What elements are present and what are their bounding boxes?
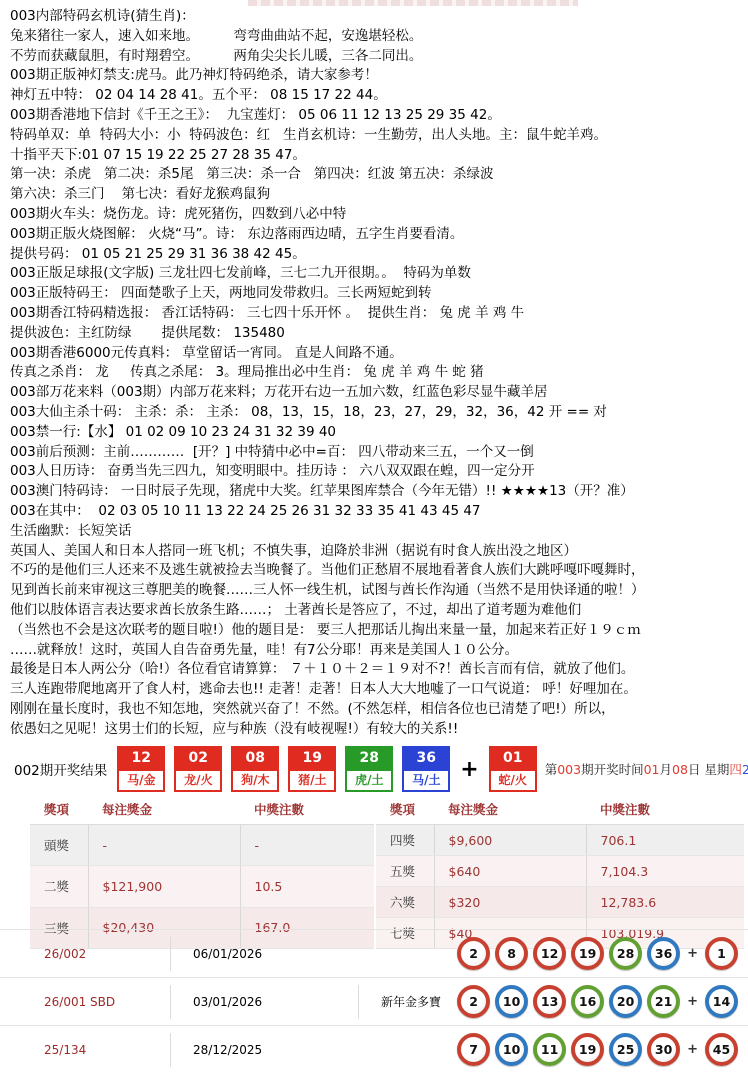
history-ball: 7	[457, 1033, 490, 1066]
prize-row: 二獎$121,90010.5	[30, 866, 374, 907]
history-ball: 36	[647, 937, 680, 970]
history-ball: 21	[647, 985, 680, 1018]
plus-sign: +	[687, 1042, 698, 1057]
plus-sign: +	[687, 946, 698, 961]
tips-line: 003正版足球报(文字版) 三龙壮四七发前峰，三七二九开很期。。 特码为单数	[10, 264, 746, 284]
prize-row: 四獎$9,600706.1	[376, 825, 744, 856]
history-row: 25/13428/12/202571011192530+45	[0, 1025, 748, 1073]
history-ball: 12	[533, 937, 566, 970]
result-ball: 02龙/火	[174, 746, 222, 792]
result-ball-zodiac: 狗/木	[233, 769, 277, 790]
next-draw-segment: 21:30	[742, 762, 748, 777]
result-ball-zodiac: 马/土	[404, 769, 448, 790]
tips-line: 003期香江特码精选报： 香江话特码： 三七四十乐开怀 。 提供生肖： 兔 虎 …	[10, 304, 746, 324]
next-draw-segment: 第	[545, 762, 558, 777]
history-ball: 1	[705, 937, 738, 970]
history-ball: 2	[457, 937, 490, 970]
next-draw-segment: 003	[557, 762, 581, 777]
result-ball: 12马/金	[117, 746, 165, 792]
next-draw-segment: 08	[672, 762, 688, 777]
tips-line: 003期香港6000元传真料： 草堂留话一宵同。 直是人间路不通。	[10, 344, 746, 364]
tips-line: 英国人、美国人和日本人搭同一班飞机；不慎失事，迫降於非洲（据说有时食人族出没之地…	[10, 542, 746, 562]
history-draw-id: 25/134	[0, 1043, 170, 1057]
history-ball: 19	[571, 937, 604, 970]
next-draw-segment: 期开奖时间	[581, 762, 644, 777]
history-ball: 14	[705, 985, 738, 1018]
next-draw-segment: 01	[644, 762, 660, 777]
result-ball-zodiac: 猪/土	[290, 769, 334, 790]
result-ball-zodiac: 龙/火	[176, 769, 220, 790]
prize-amount: $121,900	[88, 866, 240, 907]
result-ball: 01蛇/火	[489, 746, 537, 792]
plus-sign: +	[687, 994, 698, 1009]
history-draw-date: 28/12/2025	[170, 1033, 358, 1067]
prize-amount: -	[88, 825, 240, 866]
history-draw-id: 26/002	[0, 947, 170, 961]
tips-line: 神灯五中特： 02 04 14 28 41。五个平： 08 15 17 22 4…	[10, 86, 746, 106]
tips-line: 003正版特码王： 四面楚歌子上天，两地同发带救归。三长两短蛇到转	[10, 284, 746, 304]
history-draw-id: 26/001 SBD	[0, 995, 170, 1009]
history-ball: 13	[533, 985, 566, 1018]
result-ball-number: 28	[347, 748, 391, 769]
tips-line: 003部万花来料（003期）内部万花来料；万花开右边一五加六数，红蓝色彩尽显牛藏…	[10, 383, 746, 403]
tips-line: 003期正版火烧图解： 火烧“马”。诗： 东边落雨西边晴，五字生肖要看清。	[10, 225, 746, 245]
next-draw-info: 第003期开奖时间01月08日 星期四21:30	[545, 760, 748, 778]
tips-line: 第一决：杀虎 第二决：杀5尾 第三决：杀一合 第四决：红波 第五决：杀绿波	[10, 165, 746, 185]
result-ball: 28虎/土	[345, 746, 393, 792]
prize-tier: 六獎	[376, 887, 434, 918]
tips-line: 传真之杀肖： 龙 传真之杀尾： 3。理局推出必中生肖： 兔 虎 羊 鸡 牛 蛇 …	[10, 363, 746, 383]
next-draw-segment: 月	[660, 762, 673, 777]
history-row: 26/00206/01/20262812192836+1	[0, 929, 748, 977]
result-ball: 08狗/木	[231, 746, 279, 792]
history-draw-date: 06/01/2026	[170, 937, 358, 971]
prize-row: 六獎$32012,783.6	[376, 887, 744, 918]
tips-line: （当然也不会是这次联考的题目啦!）他的题目是： 要三人把那话儿掏出来量一量，加起…	[10, 621, 746, 641]
tips-line: 003大仙主杀十码： 主杀：杀： 主杀： 08，13，15，18，23，27，2…	[10, 403, 746, 423]
prize-tier: 四獎	[376, 825, 434, 856]
history-ball-row: 71011192530+45	[457, 1033, 748, 1066]
result-ball-row: 12马/金02龙/火08狗/木19猪/土28虎/土36马/土+01蛇/火	[117, 746, 536, 792]
result-ball-number: 01	[491, 748, 535, 769]
tips-line: 不巧的是他们三人还来不及逃生就被捡去当晚餐了。当他们正愁眉不展地看著食人族们大跳…	[10, 561, 746, 581]
history-ball: 11	[533, 1033, 566, 1066]
history-ball: 28	[609, 937, 642, 970]
history-ball-row: 2812192836+1	[457, 937, 748, 970]
tips-line: 003期正版神灯禁支:虎马。此乃神灯特码绝杀，请大家参考！	[10, 66, 746, 86]
prize-count: 12,783.6	[586, 887, 744, 918]
result-ball-number: 08	[233, 748, 277, 769]
prize-col-header: 獎項	[30, 794, 88, 825]
prize-count: 10.5	[240, 866, 374, 907]
tips-line: 003期火车头：烧伤龙。诗：虎死猪伤，四数到八必中特	[10, 205, 746, 225]
plus-sign: +	[460, 757, 478, 782]
tips-line: ……就释放！这时，英国人自告奋勇先量，哇！有7公分耶！再来是美国人１０公分。	[10, 641, 746, 661]
prize-amount: $9,600	[434, 825, 586, 856]
next-draw-segment: 日 星期	[688, 762, 729, 777]
prize-col-header: 中獎注數	[586, 794, 744, 825]
result-ball-zodiac: 虎/土	[347, 769, 391, 790]
history-ball: 25	[609, 1033, 642, 1066]
prize-col-header: 每注獎金	[88, 794, 240, 825]
next-draw-segment: 四	[729, 762, 742, 777]
result-ball-number: 36	[404, 748, 448, 769]
tips-line: 不劳而获藏鼠胆，有时翔碧空。 两角尖尖长儿暖，三各二同出。	[10, 47, 746, 67]
tips-line: 第六决：杀三门 第七决：看好龙猴鸡鼠狗	[10, 185, 746, 205]
result-ball-number: 02	[176, 748, 220, 769]
history-ball: 2	[457, 985, 490, 1018]
tips-line: 刚刚在量长度时，我也不知怎地，突然就兴奋了！不然。(不然怎样，相信各位也已清楚了…	[10, 700, 746, 720]
prize-count: 706.1	[586, 825, 744, 856]
draw-result-label: 002期开奖结果	[14, 759, 107, 779]
history-results-list: 26/00206/01/20262812192836+126/001 SBD03…	[0, 929, 748, 1073]
result-ball-zodiac: 蛇/火	[491, 769, 535, 790]
tips-line: 003在其中： 02 03 05 10 11 13 22 24 25 26 31…	[10, 502, 746, 522]
history-ball: 16	[571, 985, 604, 1018]
history-draw-note: 新年金多寶	[358, 985, 457, 1019]
prize-count: 7,104.3	[586, 856, 744, 887]
result-ball-number: 12	[119, 748, 163, 769]
prize-tier: 二獎	[30, 866, 88, 907]
history-ball: 20	[609, 985, 642, 1018]
result-ball: 19猪/土	[288, 746, 336, 792]
history-draw-date: 03/01/2026	[170, 985, 358, 1019]
prize-table-left: 獎項每注獎金中獎注數 頭獎--二獎$121,90010.5三獎$20,43016…	[30, 794, 374, 949]
tips-line: 三人连跑带爬地离开了食人村，逃命去也!! 走著！走著！日本人大大地嘘了一口气说道…	[10, 680, 746, 700]
prize-tier: 五獎	[376, 856, 434, 887]
tips-line: 最後是日本人两公分（哈!）各位看官请算算： ７＋１０＋２＝１９对不?！酋长言而有…	[10, 660, 746, 680]
tips-line: 003期香港地下信封《千王之王》： 九宝莲灯： 05 06 11 12 13 2…	[10, 106, 746, 126]
draw-result-bar: 002期开奖结果 12马/金02龙/火08狗/木19猪/土28虎/土36马/土+…	[0, 742, 748, 796]
prize-tier: 頭獎	[30, 825, 88, 866]
prize-row: 頭獎--	[30, 825, 374, 866]
prize-col-header: 中獎注數	[240, 794, 374, 825]
tips-line: 003禁一行:【水】 01 02 09 10 23 24 31 32 39 40	[10, 423, 746, 443]
history-row: 26/001 SBD03/01/2026新年金多寶21013162021+14	[0, 977, 748, 1025]
history-ball-row: 21013162021+14	[457, 985, 748, 1018]
tips-line: 特码单双：单 特码大小：小 特码波色：红 生肖玄机诗：一生勤劳，出人头地。主：鼠…	[10, 126, 746, 146]
tips-line: 提供波色：主红防绿 提供尾数： 135480	[10, 324, 746, 344]
tips-line: 提供号码： 01 05 21 25 29 31 36 38 42 45。	[10, 245, 746, 265]
clipped-header-remnant	[248, 0, 578, 6]
result-ball-number: 19	[290, 748, 334, 769]
tips-line: 兔来猪往一家人，速入如来地。 弯弯曲曲站不起，安逸堪轻松。	[10, 27, 746, 47]
tips-line: 依愚妇之见呢！这男士们的长短，应与种族（没有岐视喔!）有较大的关系!!	[10, 720, 746, 740]
result-ball: 36马/土	[402, 746, 450, 792]
history-ball: 30	[647, 1033, 680, 1066]
tips-line: 003前后预测：主前………… [开？] 中特猜中必中=百： 四八带动来三五，一个…	[10, 443, 746, 463]
tips-line: 003人日历诗： 奋勇当先三四九，知变明眼中。挂历诗 ： 六八双双跟在蝗，四一定…	[10, 462, 746, 482]
prize-count: -	[240, 825, 374, 866]
prize-col-header: 每注獎金	[434, 794, 586, 825]
history-ball: 10	[495, 1033, 528, 1066]
prize-amount: $320	[434, 887, 586, 918]
tips-line: 十指平天下:01 07 15 19 22 25 27 28 35 47。	[10, 146, 746, 166]
tips-line: 生活幽默：长短笑话	[10, 522, 746, 542]
tips-line: 见到酋长前来审视这三尊肥美的晚餐……三人怀一线生机，试图与酋长作沟通（当然不是用…	[10, 581, 746, 601]
prize-table-right: 獎項每注獎金中獎注數 四獎$9,600706.1五獎$6407,104.3六獎$…	[376, 794, 744, 949]
tips-text-block: 003内部特码玄机诗(猜生肖)：兔来猪往一家人，速入如来地。 弯弯曲曲站不起，安…	[10, 7, 746, 739]
tips-line: 003澳门特码诗： 一日时辰子先现，猪虎中大奖。红苹果图库禁合（今年无错）!! …	[10, 482, 746, 502]
history-ball: 19	[571, 1033, 604, 1066]
tips-line: 003内部特码玄机诗(猜生肖)：	[10, 7, 746, 27]
history-ball: 45	[705, 1033, 738, 1066]
result-ball-zodiac: 马/金	[119, 769, 163, 790]
prize-col-header: 獎項	[376, 794, 434, 825]
prize-row: 五獎$6407,104.3	[376, 856, 744, 887]
prize-amount: $640	[434, 856, 586, 887]
history-ball: 10	[495, 985, 528, 1018]
history-ball: 8	[495, 937, 528, 970]
prize-tables: 獎項每注獎金中獎注數 頭獎--二獎$121,90010.5三獎$20,43016…	[0, 794, 748, 949]
tips-line: 他们以肢体语言表达要求酋长放条生路……； 土著酋长是答应了，不过，却出了道考题为…	[10, 601, 746, 621]
